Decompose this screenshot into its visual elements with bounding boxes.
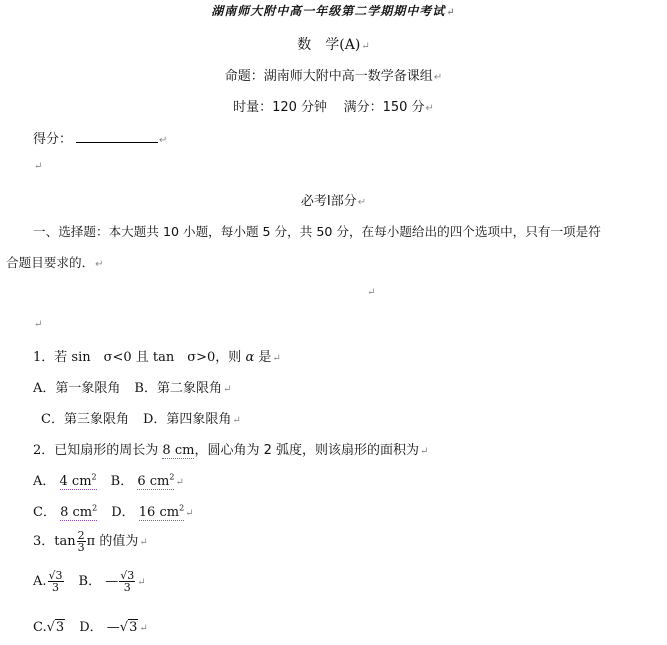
paragraph-mark-icon: ↵ bbox=[272, 353, 280, 364]
paragraph-mark-icon: ↵ bbox=[434, 72, 442, 83]
section-instructions-line2: 合题目要求的．↵ bbox=[6, 252, 104, 271]
option-b: B． —√33 bbox=[79, 574, 137, 589]
paragraph-mark-icon: ↵ bbox=[139, 537, 147, 548]
question-2-options-cd: C． 8 cm2D． 16 cm2↵ bbox=[33, 501, 194, 520]
paragraph-mark-icon: ↵ bbox=[223, 384, 231, 395]
option-d: D．第四象限角 bbox=[143, 412, 231, 427]
question-3: 3．tan23π 的值为↵ bbox=[33, 530, 148, 553]
score-field-label: 得分： bbox=[33, 132, 72, 147]
subject-title: 数 学(A)↵ bbox=[0, 34, 667, 54]
question-3-options-cd: C.√3D． —√3↵ bbox=[33, 616, 148, 635]
question-number: 1． bbox=[33, 350, 54, 365]
option-d: D． 16 cm2 bbox=[111, 505, 184, 521]
paragraph-mark-icon: ↵ bbox=[185, 508, 193, 519]
paragraph-mark-icon: ↵ bbox=[420, 446, 428, 457]
paragraph-mark-icon: ↵ bbox=[34, 319, 42, 330]
section-instructions-line1: 一、选择题：本大题共 10 小题，每小题 5 分，共 50 分，在每小题给出的四… bbox=[33, 221, 601, 240]
paragraph-mark-icon: ↵ bbox=[367, 287, 375, 298]
paragraph-mark-icon: ↵ bbox=[446, 7, 455, 18]
section-title: 必考Ⅰ部分↵ bbox=[0, 190, 667, 209]
question-2: 2．已知扇形的周长为 8 cm，圆心角为 2 弧度，则该扇形的面积为↵ bbox=[33, 439, 428, 458]
question-2-options-ab: A． 4 cm2B． 6 cm2↵ bbox=[33, 470, 184, 489]
exam-title: 湖南师大附中高一年级第二学期期中考试↵ bbox=[0, 2, 667, 19]
author-line: 命题：湖南师大附中高一数学备课组↵ bbox=[0, 65, 667, 84]
option-b: B． 6 cm2 bbox=[111, 474, 175, 490]
time-score-line: 时量：120 分钟 满分：150 分↵ bbox=[0, 96, 667, 115]
empty-paragraph: ↵ bbox=[33, 316, 42, 331]
question-number: 3． bbox=[33, 534, 54, 549]
question-1-options-cd: C．第三象限角D．第四象限角↵ bbox=[41, 408, 241, 427]
option-c: C． 8 cm2 bbox=[33, 505, 97, 521]
paragraph-mark-icon: ↵ bbox=[358, 197, 366, 208]
option-c: C.√3 bbox=[33, 620, 65, 635]
option-b: B．第二象限角 bbox=[134, 381, 222, 396]
option-a: A．第一象限角 bbox=[33, 381, 120, 396]
option-a: A． 4 cm2 bbox=[33, 474, 97, 490]
time-label: 时量：120 分钟 bbox=[233, 100, 327, 115]
paragraph-mark-icon: ↵ bbox=[139, 623, 147, 634]
paragraph-mark-icon: ↵ bbox=[426, 103, 434, 114]
paragraph-mark-icon: ↵ bbox=[95, 259, 103, 270]
fraction: 23 bbox=[77, 530, 86, 553]
score-field: 得分：↵ bbox=[33, 128, 167, 147]
paragraph-mark-icon: ↵ bbox=[34, 161, 42, 172]
empty-paragraph: ↵ bbox=[33, 158, 42, 173]
score-blank-input[interactable] bbox=[76, 132, 158, 143]
question-1-options-ab: A．第一象限角B．第二象限角↵ bbox=[33, 377, 231, 396]
question-3-options-ab: A.√33B． —√33↵ bbox=[33, 570, 146, 593]
paragraph-mark-icon: ↵ bbox=[137, 577, 145, 588]
option-c: C．第三象限角 bbox=[41, 412, 129, 427]
paragraph-mark-icon: ↵ bbox=[175, 477, 183, 488]
score-label: 满分：150 分 bbox=[344, 100, 425, 115]
paragraph-mark-icon: ↵ bbox=[361, 41, 369, 52]
empty-paragraph: ↵ bbox=[366, 284, 375, 299]
paragraph-mark-icon: ↵ bbox=[159, 135, 167, 146]
question-number: 2． bbox=[33, 443, 54, 458]
paragraph-mark-icon: ↵ bbox=[232, 415, 240, 426]
option-a: A.√33 bbox=[33, 574, 65, 589]
question-1: 1．若 sin σ<0 且 tan σ>0，则 α 是↵ bbox=[33, 346, 281, 365]
option-d: D． —√3 bbox=[79, 620, 138, 635]
